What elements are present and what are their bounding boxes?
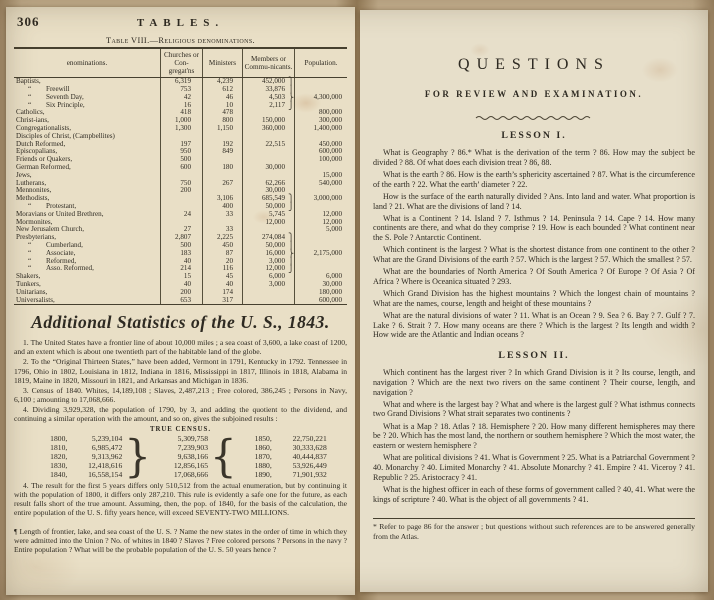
census-value: 22,750,221	[272, 434, 327, 443]
census-columns: 1800,1810,1820,1830,1840,5,239,1046,985,…	[34, 434, 326, 479]
census-value: 1880,	[239, 461, 272, 470]
table-cell: 267	[202, 180, 242, 188]
table-cell: 3,000	[242, 281, 294, 289]
questions-subtitle: FOR REVIEW AND EXAMINATION.	[373, 89, 695, 99]
census-value: 1850,	[239, 434, 272, 443]
table-cell: “Associate,	[14, 250, 160, 258]
table-cell: 400	[202, 203, 242, 211]
table-cell	[294, 258, 347, 266]
table-cell: “Freewill	[14, 86, 160, 94]
lesson-paragraph: What are the natural divisions of water …	[373, 311, 695, 340]
table-cell: 87	[202, 250, 242, 258]
census-value: 40,444,837	[272, 452, 327, 461]
census-value: 9,313,962	[67, 452, 122, 461]
lesson-paragraph: What are political divisions ? 41. What …	[373, 453, 695, 482]
lesson-2-heading: LESSON II.	[373, 350, 695, 361]
census-value: 1860,	[239, 443, 272, 452]
lesson-paragraph: Which Grand Division has the highest mou…	[373, 289, 695, 308]
table-cell: 12,000⎭	[242, 265, 294, 273]
review-question-paragraph: ¶ Length of frontier, lake, and sea coas…	[14, 527, 347, 554]
table-cell: 753	[160, 86, 202, 94]
table-cell: 4,503⎬	[242, 94, 294, 102]
table-cell: German Reformed,	[14, 164, 160, 172]
table-row: German Reformed,60018030,000	[14, 164, 347, 172]
census-value: 7,239,903	[153, 443, 208, 452]
table-cell	[294, 234, 347, 242]
census-value: 1830,	[34, 461, 67, 470]
census-value: 12,418,616	[67, 461, 122, 470]
census-years-late: 1850,1860,1870,1880,1890,	[239, 434, 272, 479]
lesson-paragraph: How is the surface of the earth naturall…	[373, 192, 695, 211]
religious-table-header: enominations. Churches or Con-gregat'ns …	[14, 49, 347, 78]
census-brace-left: {	[210, 434, 237, 480]
table-cell	[202, 219, 242, 227]
col-header-population: Population.	[294, 49, 347, 77]
col-header-churches: Churches or Con-gregat'ns	[160, 49, 202, 77]
table-cell	[160, 195, 202, 203]
col-header-members: Members or Commu-nicants.	[242, 49, 294, 77]
census-computed-values: 5,309,7587,239,9039,638,16612,856,16517,…	[153, 434, 208, 479]
right-page: QUESTIONS FOR REVIEW AND EXAMINATION. LE…	[360, 10, 708, 592]
census-table: TRUE CENSUS. 1800,1810,1820,1830,1840,5,…	[34, 426, 326, 479]
census-value: 1870,	[239, 452, 272, 461]
col-header-ministers: Ministers	[202, 49, 242, 77]
running-head: TABLES.	[14, 15, 347, 29]
left-page-header: 306 TABLES.	[14, 15, 347, 32]
census-value: 1840,	[34, 470, 67, 479]
lesson-paragraph: What are the boundaries of North America…	[373, 267, 695, 286]
census-true-values: 5,239,1046,985,4729,313,96212,418,61616,…	[67, 434, 122, 479]
table-title: Table VIII.—Religious denominations.	[14, 36, 347, 45]
lesson-paragraph: Which continent is the largest ? What is…	[373, 245, 695, 264]
table-cell: 183	[160, 250, 202, 258]
table-cell: 1,400,000	[294, 125, 347, 133]
col-header-denominations: enominations.	[14, 49, 160, 77]
questions-title: QUESTIONS	[373, 56, 695, 74]
table-cell: 849	[202, 148, 242, 156]
table-cell: 180	[202, 164, 242, 172]
table-cell	[242, 148, 294, 156]
table-cell: “Seventh Day,	[14, 94, 160, 102]
table-row: Universalists,653317600,000	[14, 297, 347, 305]
table-cell: 24	[160, 211, 202, 219]
table-cell	[294, 78, 347, 86]
stats-paragraph: 3. Census of 1840. Whites, 14,189,108 ; …	[14, 386, 347, 404]
table-cell: 360,000	[242, 125, 294, 133]
table-cell	[160, 219, 202, 227]
left-page: 306 TABLES. Table VIII.—Religious denomi…	[6, 7, 355, 595]
census-value: 9,638,166	[153, 452, 208, 461]
table-row: Mennonites,20030,000	[14, 187, 347, 195]
table-cell: 30,000	[242, 164, 294, 172]
table-cell: 3,000,000	[294, 195, 347, 203]
census-value: 1800,	[34, 434, 67, 443]
table-cell: Universalists,	[14, 297, 160, 305]
lesson-paragraph: What is a Map ? 18. Atlas ? 18. Hemisphe…	[373, 422, 695, 451]
table-cell: 12,000	[242, 219, 294, 227]
table-cell	[242, 289, 294, 297]
table-cell: 540,000	[294, 180, 347, 188]
table-row: Moravians or United Brethren,24335,74512…	[14, 211, 347, 219]
book-spread: 306 TABLES. Table VIII.—Religious denomi…	[0, 0, 714, 600]
stats-paragraph: 1. The United States have a frontier lin…	[14, 338, 347, 356]
lesson-1-body: What is Geography ? 86.* What is the der…	[373, 148, 695, 340]
table-cell: Baptists,	[14, 78, 160, 86]
census-value: 16,558,154	[67, 470, 122, 479]
lesson-paragraph: What is Geography ? 86.* What is the der…	[373, 148, 695, 167]
census-value: 5,239,104	[67, 434, 122, 443]
table-cell: 15	[160, 273, 202, 281]
table-cell: 33,876⎪	[242, 86, 294, 94]
table-cell: 22,515	[242, 141, 294, 149]
table-cell: “Cumberland,	[14, 242, 160, 250]
squiggle-divider-icon	[475, 114, 593, 121]
table-cell: 612	[202, 86, 242, 94]
lesson-paragraph: What is the earth ? 86. How is the earth…	[373, 170, 695, 189]
table-cell: 50,000⎭	[242, 203, 294, 211]
table-cell: 200	[160, 187, 202, 195]
census-brace-right: }	[124, 434, 151, 480]
page-number: 306	[17, 14, 40, 30]
table-cell: 42	[160, 94, 202, 102]
table-cell	[160, 203, 202, 211]
table-cell: 450	[202, 242, 242, 250]
census-title: TRUE CENSUS.	[34, 426, 326, 433]
census-result-paragraph: 4. The result for the first 5 years diff…	[14, 481, 347, 517]
table-row: “Asso. Reformed,21411612,000⎭	[14, 265, 347, 273]
census-value: 5,309,758	[153, 434, 208, 443]
lesson-paragraph: What and where is the largest bay ? What…	[373, 400, 695, 419]
census-value: 53,926,449	[272, 461, 327, 470]
census-projected-values: 22,750,22130,333,62840,444,83753,926,449…	[272, 434, 327, 479]
table-cell	[242, 297, 294, 305]
table-cell: 1,150	[202, 125, 242, 133]
table-cell: 20	[202, 258, 242, 266]
lesson-paragraph: What is the highest officer in each of t…	[373, 485, 695, 504]
table-row: Shakers,15456,0006,000	[14, 273, 347, 281]
table-cell: 46	[202, 94, 242, 102]
table-cell: 317	[202, 297, 242, 305]
table-cell: 4,300,000	[294, 94, 347, 102]
religious-table: enominations. Churches or Con-gregat'ns …	[14, 47, 347, 305]
census-value: 71,901,932	[272, 470, 327, 479]
stats-paragraph: 2. To the “Original Thirteen States,” ha…	[14, 357, 347, 384]
table-cell: 100,000	[294, 156, 347, 164]
stats-paragraph: 4. Dividing 3,929,328, the population of…	[14, 405, 347, 423]
census-value: 17,068,666	[153, 470, 208, 479]
religious-table-body: Baptists,6,3194,239452,000⎫“Freewill7536…	[14, 78, 347, 304]
lesson-paragraph: Which continent has the largest river ? …	[373, 368, 695, 397]
table-cell: 2,117⎭	[242, 102, 294, 110]
table-cell: 2,175,000	[294, 250, 347, 258]
census-value: 1890,	[239, 470, 272, 479]
table-cell: 600,000	[294, 297, 347, 305]
stats-heading: Additional Statistics of the U. S., 1843…	[14, 312, 347, 333]
table-cell: 1,300	[160, 125, 202, 133]
footnote: * Refer to page 86 for the answer ; but …	[373, 518, 695, 541]
census-value: 30,333,628	[272, 443, 327, 452]
table-cell: 45	[202, 273, 242, 281]
table-cell: 600	[160, 164, 202, 172]
table-cell: 116	[202, 265, 242, 273]
census-years-early: 1800,1810,1820,1830,1840,	[34, 434, 67, 479]
census-value: 12,856,165	[153, 461, 208, 470]
table-cell: Methodists,	[14, 195, 160, 203]
census-value: 1820,	[34, 452, 67, 461]
table-cell: 5,000	[294, 226, 347, 234]
lesson-1-heading: LESSON I.	[373, 130, 695, 141]
table-cell: 214	[160, 265, 202, 273]
table-cell: 33	[202, 211, 242, 219]
lesson-paragraph: What is a Continent ? 14. Island ? 7. Is…	[373, 214, 695, 243]
stats-paragraphs: 1. The United States have a frontier lin…	[14, 338, 347, 423]
table-cell: Presbyterians,	[14, 234, 160, 242]
table-cell: 16,000⎬	[242, 250, 294, 258]
census-value: 1810,	[34, 443, 67, 452]
table-cell: 6,000	[242, 273, 294, 281]
lesson-2-body: Which continent has the largest river ? …	[373, 368, 695, 504]
census-value: 6,985,472	[67, 443, 122, 452]
table-cell: 653	[160, 297, 202, 305]
